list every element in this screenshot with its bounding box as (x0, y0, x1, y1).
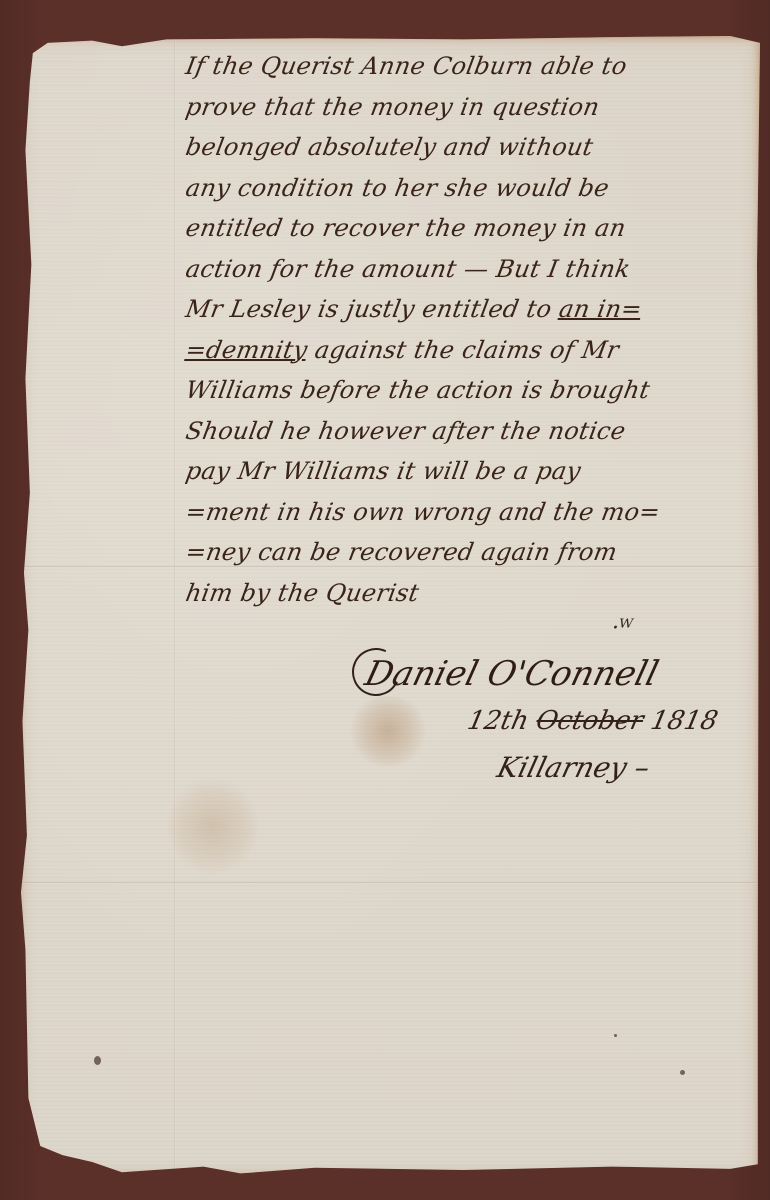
date-month: October (533, 706, 646, 736)
letter-line: Should he however after the notice (182, 411, 749, 452)
letter-line: =demnity against the claims of Mr (182, 330, 749, 371)
signature-name: Daniel O'Connell (361, 654, 662, 694)
water-stain (168, 776, 258, 876)
letter-line: action for the amount — But I think (182, 249, 749, 290)
letter-line: him by the Querist (182, 573, 749, 614)
ink-stain (348, 696, 428, 766)
ink-spot (94, 1056, 101, 1065)
underlined-word: =demnity (184, 336, 310, 364)
horizontal-fold-crease (18, 882, 760, 884)
signature-date: 12th October 1818 (465, 706, 721, 736)
letter-line: Mr Lesley is justly entitled to an in= (182, 289, 749, 330)
date-year: 1818 (648, 706, 721, 736)
ink-spot (614, 1034, 617, 1037)
letter-line: prove that the money in question (182, 87, 749, 128)
letter-line: any condition to her she would be (182, 168, 749, 209)
date-day: 12th (465, 706, 532, 736)
letter-line: If the Querist Anne Colburn able to (182, 46, 749, 87)
letter-line: pay Mr Williams it will be a pay (182, 451, 749, 492)
letter-line: =ney can be recovered again from (182, 532, 749, 573)
underlined-word: an in= (557, 295, 644, 323)
letter-body: If the Querist Anne Colburn able to prov… (186, 46, 746, 613)
signature-place: Killarney – (494, 751, 653, 784)
ink-spot (680, 1070, 685, 1075)
letter-line: entitled to recover the money in an (182, 208, 749, 249)
letter-line: belonged absolutely and without (182, 127, 749, 168)
signature-mark: ·ᵂ (612, 616, 633, 641)
letter-line: Williams before the action is brought (182, 370, 749, 411)
vertical-fold-crease (174, 36, 176, 1178)
letter-line: =ment in his own wrong and the mo= (182, 492, 749, 533)
letter-paper: If the Querist Anne Colburn able to prov… (18, 36, 760, 1178)
